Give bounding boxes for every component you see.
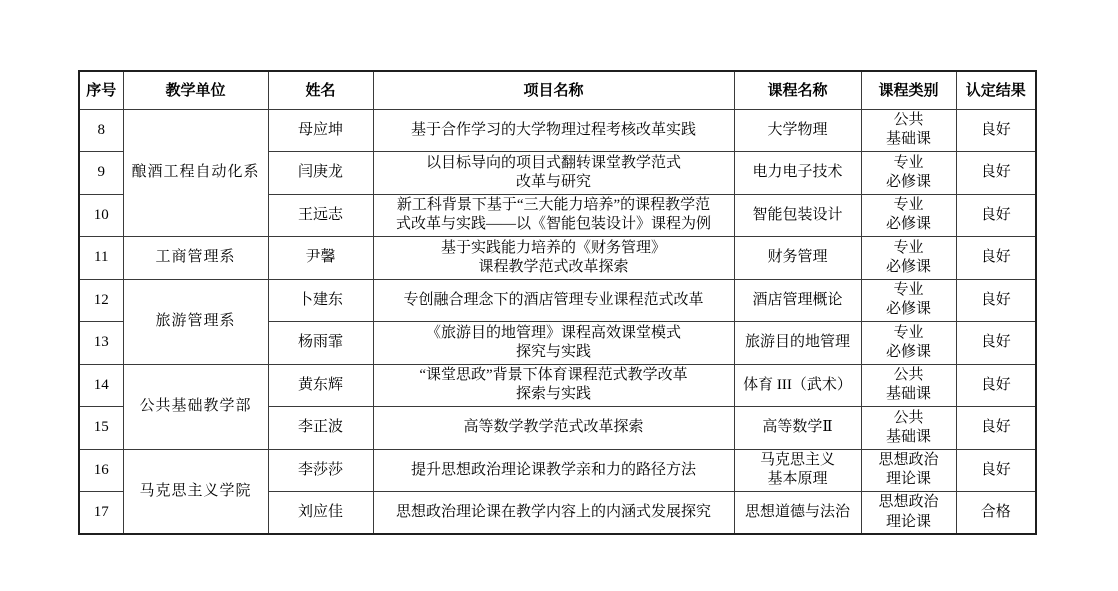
cell-result: 良好: [956, 194, 1036, 237]
cell-project: 新工科背景下基于“三大能力培养”的课程教学范 式改革与实践——以《智能包装设计》…: [373, 194, 734, 237]
cell-no: 14: [79, 364, 123, 407]
cell-result: 良好: [956, 407, 1036, 450]
cell-project: 提升思想政治理论课教学亲和力的路径方法: [373, 449, 734, 492]
cell-no: 15: [79, 407, 123, 450]
header-cell-project: 项目名称: [373, 71, 734, 109]
cell-category: 专业 必修课: [861, 322, 956, 365]
cell-unit: 马克思主义学院: [123, 449, 268, 534]
cell-result: 良好: [956, 322, 1036, 365]
cell-name: 黄东辉: [268, 364, 373, 407]
cell-course: 大学物理: [734, 109, 861, 152]
table-header: 序号 教学单位 姓名 项目名称 课程名称 课程类别 认定结果: [79, 71, 1036, 109]
cell-category: 专业 必修课: [861, 237, 956, 280]
cell-name: 杨雨霏: [268, 322, 373, 365]
cell-course: 马克思主义 基本原理: [734, 449, 861, 492]
table-row: 14 公共基础教学部 黄东辉 “课堂思政”背景下体育课程范式教学改革 探索与实践…: [79, 364, 1036, 407]
header-cell-category: 课程类别: [861, 71, 956, 109]
cell-name: 母应坤: [268, 109, 373, 152]
header-cell-no: 序号: [79, 71, 123, 109]
cell-name: 刘应佳: [268, 492, 373, 535]
cell-course: 智能包装设计: [734, 194, 861, 237]
cell-project: 思想政治理论课在教学内容上的内涵式发展探究: [373, 492, 734, 535]
cell-category: 公共 基础课: [861, 109, 956, 152]
cell-unit: 公共基础教学部: [123, 364, 268, 449]
cell-project: 基于实践能力培养的《财务管理》 课程教学范式改革探索: [373, 237, 734, 280]
table-row: 16 马克思主义学院 李莎莎 提升思想政治理论课教学亲和力的路径方法 马克思主义…: [79, 449, 1036, 492]
cell-no: 9: [79, 152, 123, 195]
cell-course: 电力电子技术: [734, 152, 861, 195]
cell-no: 13: [79, 322, 123, 365]
cell-unit: 旅游管理系: [123, 279, 268, 364]
cell-no: 12: [79, 279, 123, 322]
cell-project: 《旅游目的地管理》课程高效课堂模式 探究与实践: [373, 322, 734, 365]
cell-result: 良好: [956, 279, 1036, 322]
cell-no: 10: [79, 194, 123, 237]
cell-course: 旅游目的地管理: [734, 322, 861, 365]
cell-name: 闫庚龙: [268, 152, 373, 195]
cell-result: 合格: [956, 492, 1036, 535]
cell-course: 体育 III（武术）: [734, 364, 861, 407]
cell-no: 11: [79, 237, 123, 280]
cell-name: 卜建东: [268, 279, 373, 322]
header-cell-name: 姓名: [268, 71, 373, 109]
table-body: 8 酿酒工程自动化系 母应坤 基于合作学习的大学物理过程考核改革实践 大学物理 …: [79, 109, 1036, 534]
header-row: 序号 教学单位 姓名 项目名称 课程名称 课程类别 认定结果: [79, 71, 1036, 109]
header-cell-result: 认定结果: [956, 71, 1036, 109]
cell-category: 公共 基础课: [861, 407, 956, 450]
cell-project: 基于合作学习的大学物理过程考核改革实践: [373, 109, 734, 152]
cell-category: 专业 必修课: [861, 194, 956, 237]
cell-course: 高等数学Ⅱ: [734, 407, 861, 450]
cell-name: 王远志: [268, 194, 373, 237]
cell-category: 专业 必修课: [861, 152, 956, 195]
certification-results-table: 序号 教学单位 姓名 项目名称 课程名称 课程类别 认定结果 8 酿酒工程自动化…: [78, 70, 1037, 535]
cell-project: “课堂思政”背景下体育课程范式教学改革 探索与实践: [373, 364, 734, 407]
cell-result: 良好: [956, 449, 1036, 492]
table-row: 8 酿酒工程自动化系 母应坤 基于合作学习的大学物理过程考核改革实践 大学物理 …: [79, 109, 1036, 152]
header-cell-course: 课程名称: [734, 71, 861, 109]
cell-name: 李正波: [268, 407, 373, 450]
cell-no: 16: [79, 449, 123, 492]
cell-unit: 酿酒工程自动化系: [123, 109, 268, 237]
cell-name: 李莎莎: [268, 449, 373, 492]
document-page: 序号 教学单位 姓名 项目名称 课程名称 课程类别 认定结果 8 酿酒工程自动化…: [78, 70, 1037, 535]
cell-project: 专创融合理念下的酒店管理专业课程范式改革: [373, 279, 734, 322]
cell-unit: 工商管理系: [123, 237, 268, 280]
cell-result: 良好: [956, 109, 1036, 152]
cell-category: 思想政治 理论课: [861, 492, 956, 535]
cell-result: 良好: [956, 152, 1036, 195]
cell-project: 高等数学教学范式改革探索: [373, 407, 734, 450]
cell-category: 专业 必修课: [861, 279, 956, 322]
cell-name: 尹馨: [268, 237, 373, 280]
cell-result: 良好: [956, 237, 1036, 280]
cell-result: 良好: [956, 364, 1036, 407]
header-cell-unit: 教学单位: [123, 71, 268, 109]
cell-course: 思想道德与法治: [734, 492, 861, 535]
cell-no: 8: [79, 109, 123, 152]
cell-category: 公共 基础课: [861, 364, 956, 407]
table-row: 12 旅游管理系 卜建东 专创融合理念下的酒店管理专业课程范式改革 酒店管理概论…: [79, 279, 1036, 322]
table-row: 11 工商管理系 尹馨 基于实践能力培养的《财务管理》 课程教学范式改革探索 财…: [79, 237, 1036, 280]
cell-no: 17: [79, 492, 123, 535]
cell-course: 酒店管理概论: [734, 279, 861, 322]
cell-project: 以目标导向的项目式翻转课堂教学范式 改革与研究: [373, 152, 734, 195]
cell-category: 思想政治 理论课: [861, 449, 956, 492]
cell-course: 财务管理: [734, 237, 861, 280]
